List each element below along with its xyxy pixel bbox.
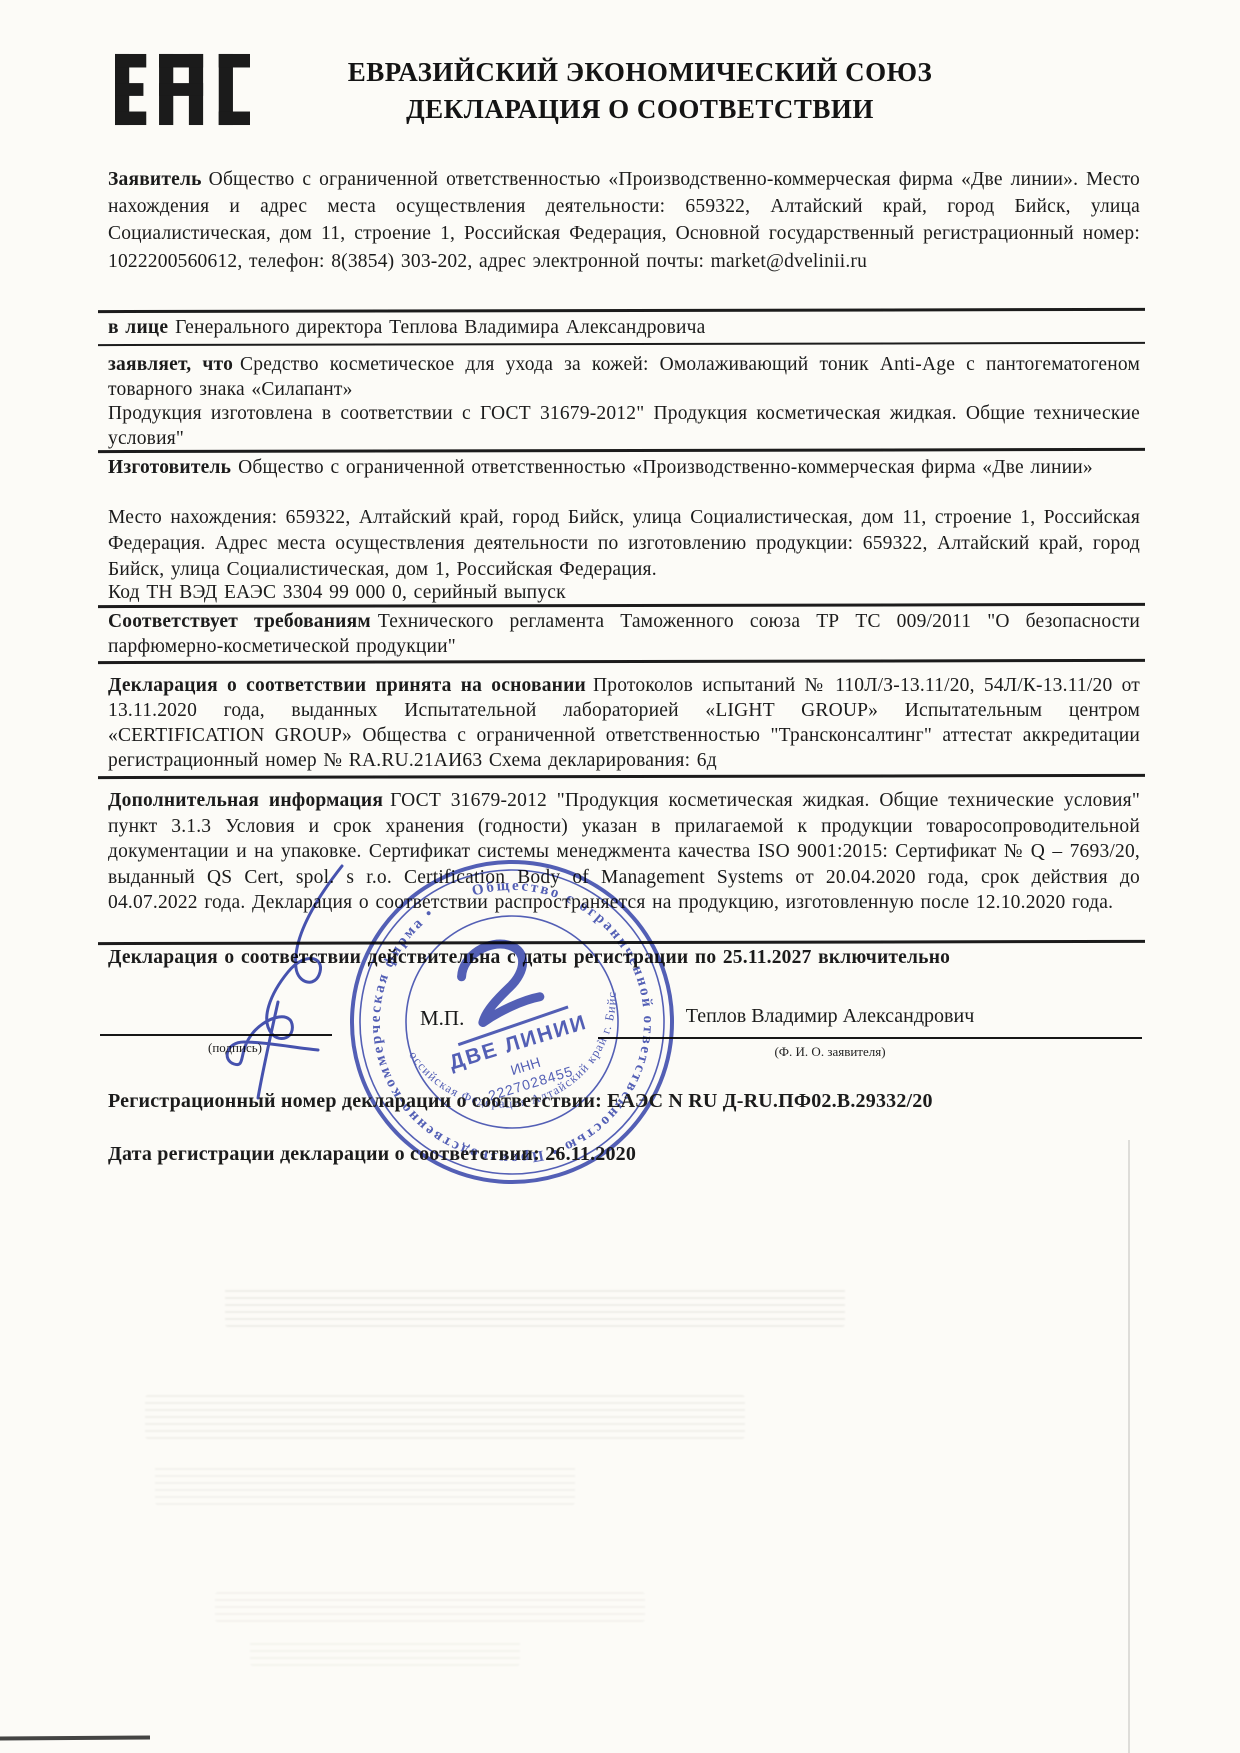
manufacturer-address: Место нахождения: 659322, Алтайский край… [108, 507, 1140, 580]
additional-info-label: Дополнительная информация [108, 790, 383, 811]
eac-mark-icon [115, 38, 250, 141]
registration-number-value: ЕАЭС N RU Д-RU.ПФ02.В.29332/20 [607, 1090, 933, 1112]
applicant-paragraph: ЗаявительОбщество с ограниченной ответст… [108, 166, 1140, 275]
title-line-2: ДЕКЛАРАЦИЯ О СООТВЕТСТВИИ [270, 91, 1010, 128]
declaration-document: ЕВРАЗИЙСКИЙ ЭКОНОМИЧЕСКИЙ СОЮЗ ДЕКЛАРАЦИ… [0, 0, 1240, 1753]
represented-by-label: в лице [108, 317, 168, 338]
registration-date-label: Дата регистрации декларации о соответств… [108, 1143, 540, 1165]
manufacturer-text: Общество с ограниченной ответственностью… [238, 457, 1093, 478]
section-rule [98, 308, 1145, 313]
manufacturer-label: Изготовитель [108, 457, 231, 478]
applicant-label: Заявитель [108, 169, 202, 190]
compliance-paragraph: Соответствует требованиямТехнического ре… [108, 609, 1140, 659]
bleed-through-smudge [225, 1285, 845, 1327]
registration-number-line: Регистрационный номер декларации о соотв… [108, 1090, 1140, 1113]
scan-seam-line [1128, 1140, 1130, 1753]
compliance-label: Соответствует требованиям [108, 611, 371, 632]
bleed-through-smudge [215, 1592, 645, 1622]
manufactured-note-text: Продукция изготовлена в соответствии с Г… [108, 403, 1140, 449]
applicant-text: Общество с ограниченной ответственностью… [108, 169, 1140, 272]
bleed-through-smudge [145, 1395, 745, 1439]
declares-label: заявляет, что [108, 354, 233, 375]
manufactured-note-paragraph: Продукция изготовлена в соответствии с Г… [108, 401, 1140, 451]
section-rule [98, 342, 1145, 346]
scan-edge-artifact [0, 1735, 150, 1740]
declares-paragraph: заявляет, чтоСредство косметическое для … [108, 352, 1140, 402]
bleed-through-smudge [155, 1465, 575, 1505]
registration-date-line: Дата регистрации декларации о соответств… [108, 1143, 1140, 1166]
signer-caption: (Ф. И. О. заявителя) [700, 1044, 960, 1060]
declares-text: Средство косметическое для ухода за коже… [108, 354, 1140, 400]
represented-by-text: Генерального директора Теплова Владимира… [175, 317, 705, 338]
manufacturer-address-paragraph: Место нахождения: 659322, Алтайский край… [108, 505, 1140, 583]
bleed-through-smudge [250, 1640, 520, 1666]
registration-date-value: 26.11.2020 [545, 1143, 636, 1165]
basis-paragraph: Декларация о соответствии принята на осн… [108, 673, 1140, 773]
represented-by-paragraph: в лицеГенерального директора Теплова Вла… [108, 315, 1140, 341]
stamp-logo-icon [455, 936, 542, 1025]
basis-label: Декларация о соответствии принята на осн… [108, 675, 586, 696]
section-rule [98, 659, 1145, 664]
registration-number-label: Регистрационный номер декларации о соотв… [108, 1090, 602, 1112]
tnved-paragraph: Код ТН ВЭД ЕАЭС 3304 99 000 0, серийный … [108, 581, 1140, 605]
manufacturer-paragraph: ИзготовительОбщество с ограниченной отве… [108, 455, 1140, 481]
document-title: ЕВРАЗИЙСКИЙ ЭКОНОМИЧЕСКИЙ СОЮЗ ДЕКЛАРАЦИ… [270, 54, 1010, 128]
section-rule [98, 774, 1145, 779]
tnved-code: Код ТН ВЭД ЕАЭС 3304 99 000 0, серийный … [108, 582, 566, 603]
title-line-1: ЕВРАЗИЙСКИЙ ЭКОНОМИЧЕСКИЙ СОЮЗ [270, 54, 1010, 91]
